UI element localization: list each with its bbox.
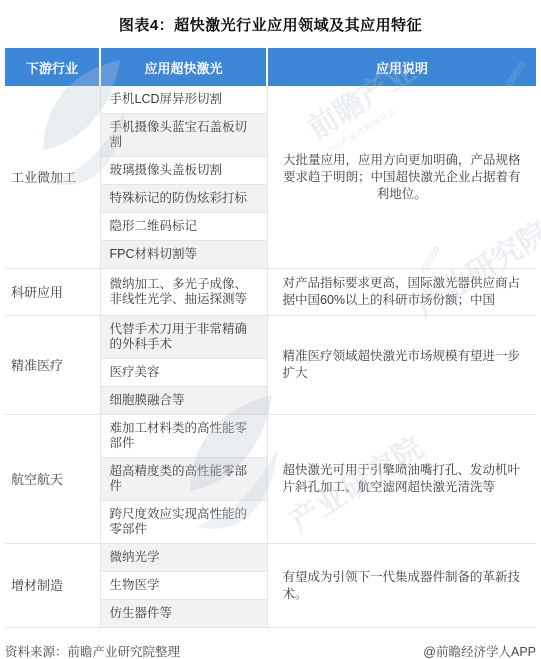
description-cell: 精准医疗领域超快激光市场规模有望进一步扩大 <box>267 316 536 415</box>
section-research: 科研应用 微纳加工、多光子成像、非线性光学、抽运探测等 对产品指标要求更高，国际… <box>5 269 536 316</box>
application-cell: FPC材料切割等 <box>100 241 267 269</box>
applications-table: 下游行业 应用超快激光 应用说明 工业微加工 手机LCD屏异形切割 大批量应用，… <box>5 48 536 628</box>
description-cell: 大批量应用，应用方向更加明确，产品规格要求趋于明朗；中国超快激光企业占据着有利地… <box>267 86 536 269</box>
credit-note: @前瞻经济学人APP <box>423 642 536 659</box>
description-cell: 对产品指标要求更高，国际激光器供应商占据中国60%以上的科研市场份额；中国 <box>267 269 536 316</box>
table-row: 科研应用 微纳加工、多光子成像、非线性光学、抽运探测等 对产品指标要求更高，国际… <box>5 269 536 316</box>
col-header-description: 应用说明 <box>267 48 536 86</box>
application-cell: 手机LCD屏异形切割 <box>100 86 267 114</box>
industry-cell: 增材制造 <box>5 544 100 628</box>
application-cell: 医疗美容 <box>100 359 267 387</box>
application-cell: 超高精度类的高性能零部件 <box>100 458 267 501</box>
section-industrial: 工业微加工 手机LCD屏异形切割 大批量应用，应用方向更加明确，产品规格要求趋于… <box>5 86 536 269</box>
description-cell: 有望成为引领下一代集成器件制备的革新技术。 <box>267 544 536 628</box>
application-cell: 细胞膜融合等 <box>100 387 267 415</box>
col-header-application: 应用超快激光 <box>100 48 267 86</box>
table-row: 航空航天 难加工材料类的高性能零部件 超快激光可用于引擎喷油嘴打孔、发动机叶片斜… <box>5 415 536 458</box>
header-row: 下游行业 应用超快激光 应用说明 <box>5 48 536 86</box>
page-title: 图表4：超快激光行业应用领域及其应用特征 <box>0 0 541 48</box>
application-cell: 跨尺度效应实现高性能的零部件 <box>100 501 267 544</box>
application-cell: 手机摄像头蓝宝石盖板切割 <box>100 114 267 157</box>
application-cell: 仿生器件等 <box>100 600 267 628</box>
industry-cell: 工业微加工 <box>5 86 100 269</box>
table-row: 工业微加工 手机LCD屏异形切割 大批量应用，应用方向更加明确，产品规格要求趋于… <box>5 86 536 114</box>
description-cell: 超快激光可用于引擎喷油嘴打孔、发动机叶片斜孔加工、航空滤网超快激光清洗等 <box>267 415 536 544</box>
section-aerospace: 航空航天 难加工材料类的高性能零部件 超快激光可用于引擎喷油嘴打孔、发动机叶片斜… <box>5 415 536 544</box>
section-additive: 增材制造 微纳光学 有望成为引领下一代集成器件制备的革新技术。 生物医学 仿生器… <box>5 544 536 628</box>
industry-cell: 科研应用 <box>5 269 100 316</box>
application-cell: 隐形二维码标记 <box>100 213 267 241</box>
col-header-industry: 下游行业 <box>5 48 100 86</box>
table-row: 精准医疗 代替手术刀用于非常精确的外科手术 精准医疗领域超快激光市场规模有望进一… <box>5 316 536 359</box>
application-cell: 特殊标记的防伪炫彩打标 <box>100 185 267 213</box>
application-cell: 难加工材料类的高性能零部件 <box>100 415 267 458</box>
application-cell: 微纳光学 <box>100 544 267 572</box>
industry-cell: 精准医疗 <box>5 316 100 415</box>
table-row: 增材制造 微纳光学 有望成为引领下一代集成器件制备的革新技术。 <box>5 544 536 572</box>
application-cell: 代替手术刀用于非常精确的外科手术 <box>100 316 267 359</box>
section-medical: 精准医疗 代替手术刀用于非常精确的外科手术 精准医疗领域超快激光市场规模有望进一… <box>5 316 536 415</box>
source-note: 资料来源：前瞻产业研究院整理 <box>5 642 180 659</box>
application-cell: 生物医学 <box>100 572 267 600</box>
table-header: 下游行业 应用超快激光 应用说明 <box>5 48 536 86</box>
industry-cell: 航空航天 <box>5 415 100 544</box>
table-footer: 资料来源：前瞻产业研究院整理 @前瞻经济学人APP <box>5 642 536 659</box>
application-cell: 玻璃摄像头盖板切割 <box>100 157 267 185</box>
application-cell: 微纳加工、多光子成像、非线性光学、抽运探测等 <box>100 269 267 316</box>
